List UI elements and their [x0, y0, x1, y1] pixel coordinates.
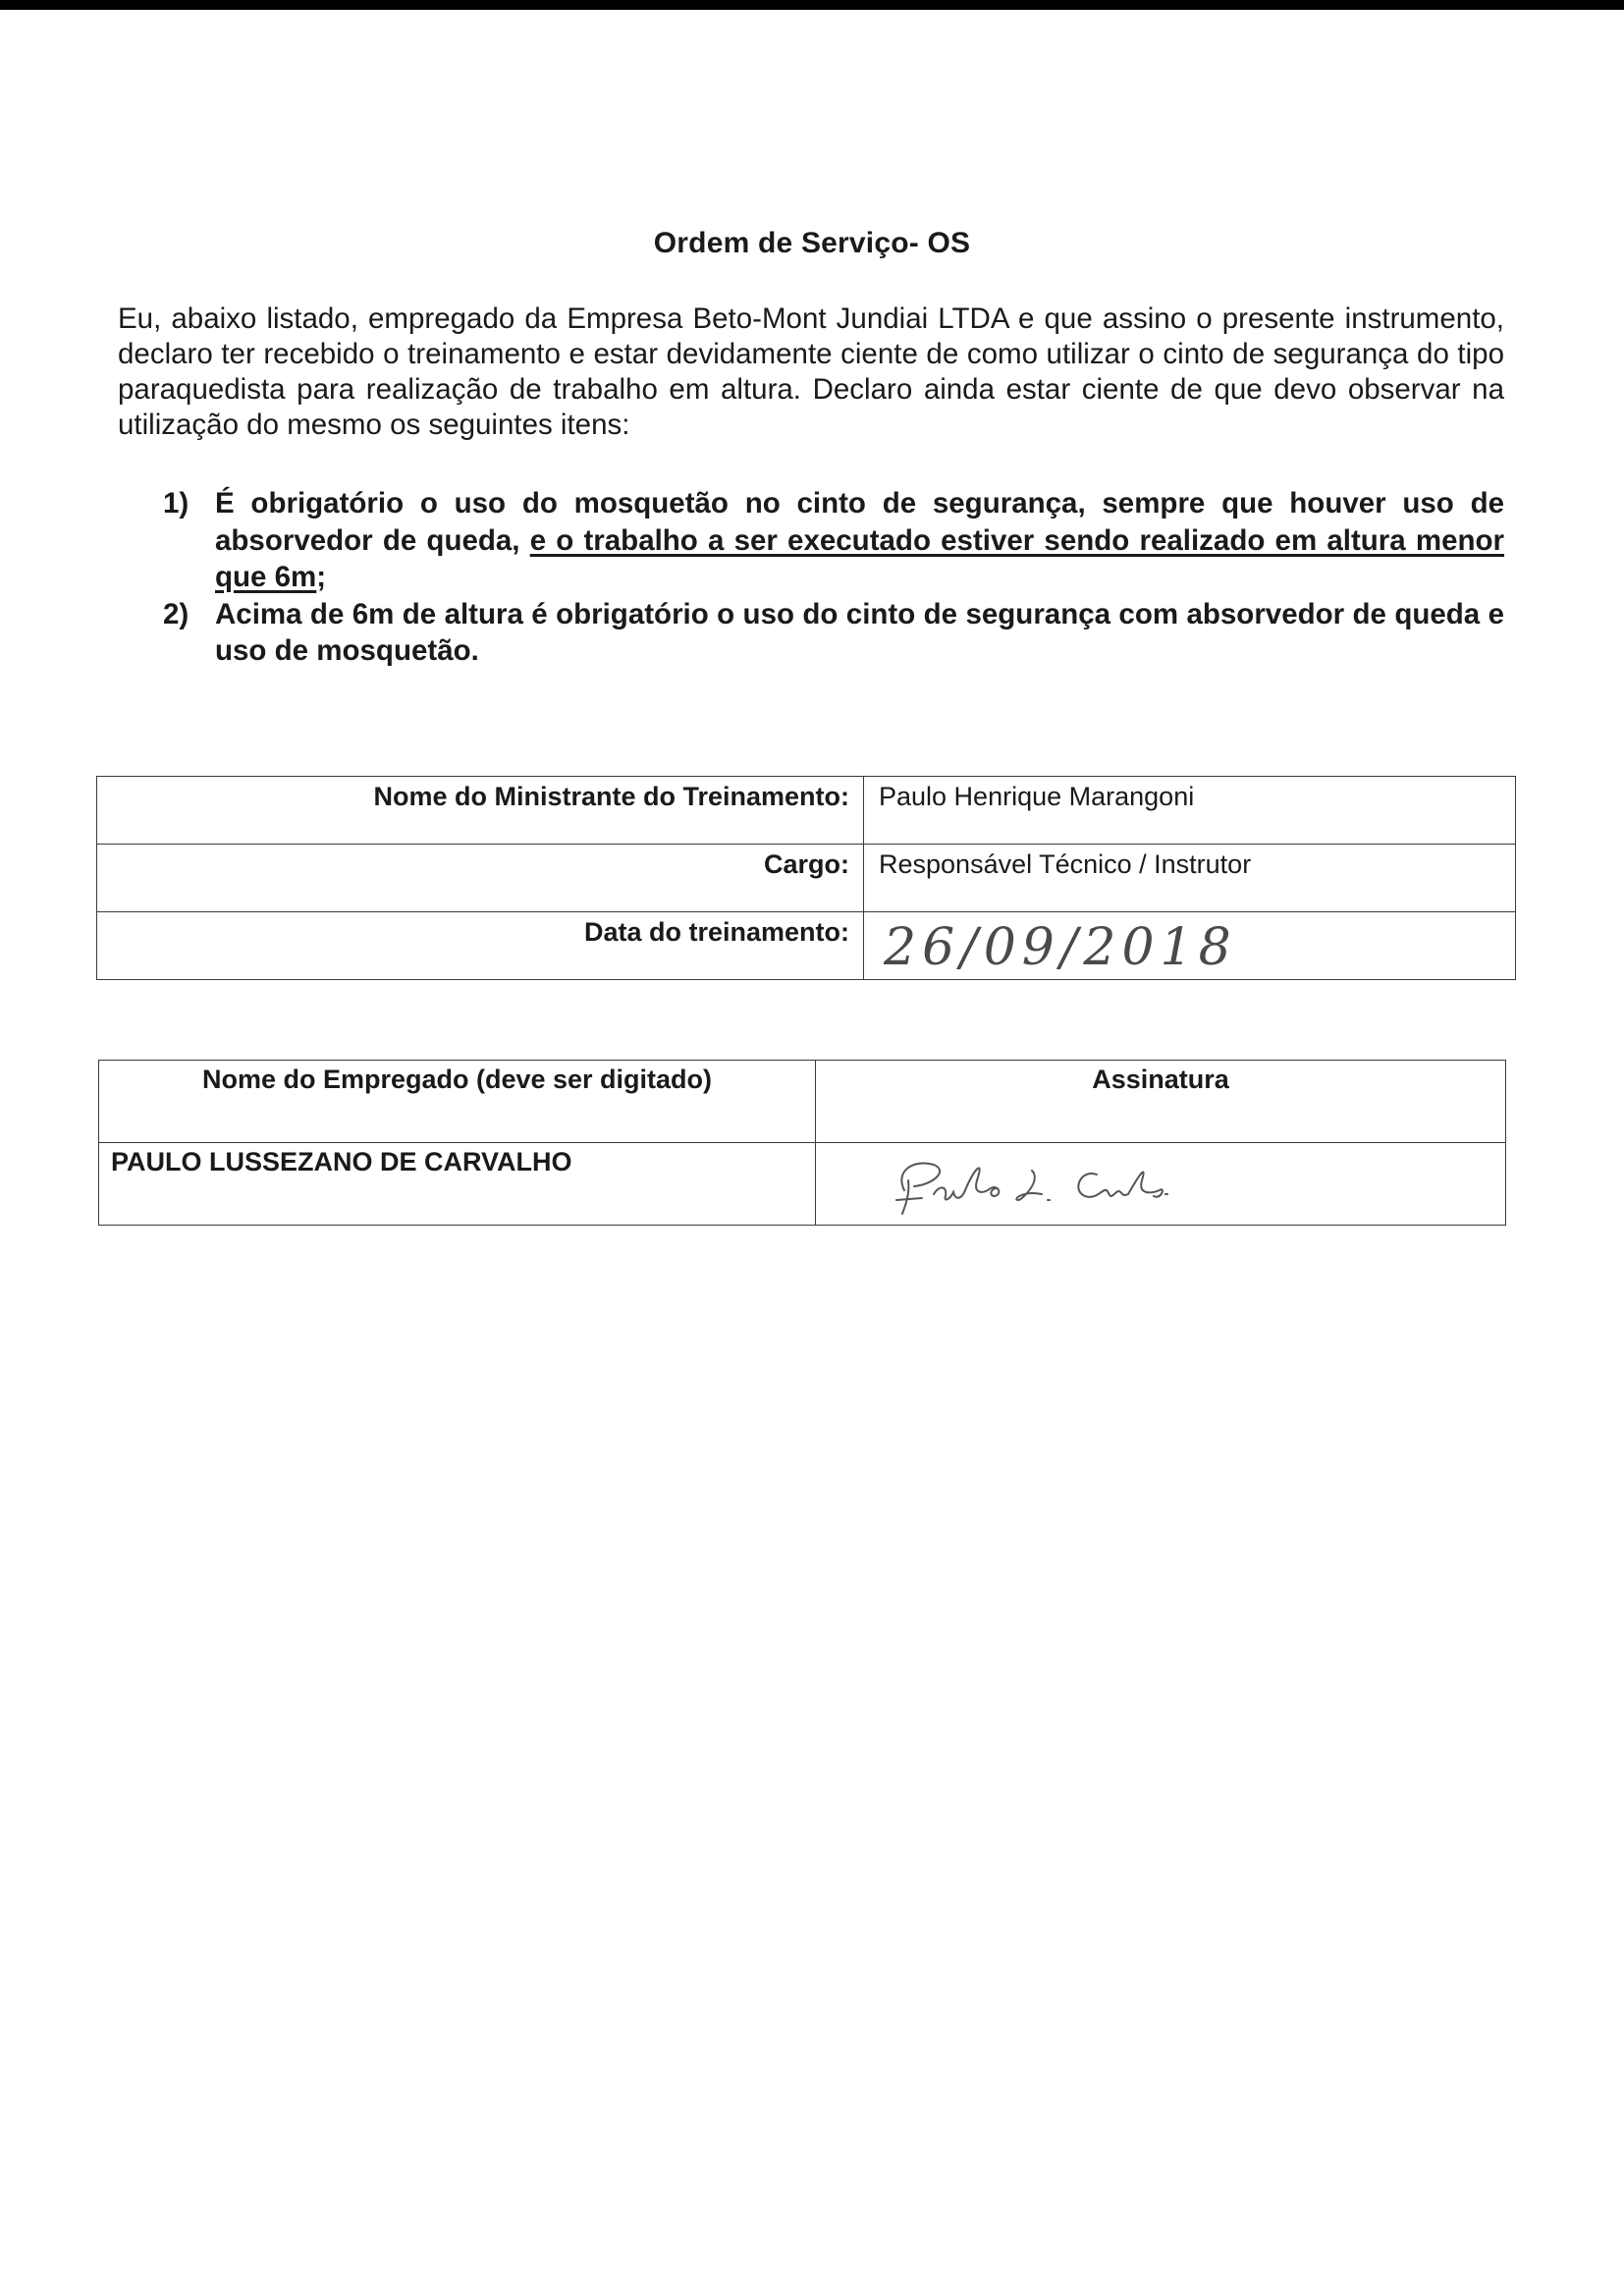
rule-text: Acima de 6m de altura é obrigatório o us…: [215, 598, 1504, 668]
trainer-name-label: Nome do Ministrante do Treinamento:: [97, 777, 864, 845]
rule-item: 1) É obrigatório o uso do mosquetão no c…: [163, 485, 1504, 596]
rule-suffix: ;: [316, 561, 326, 593]
training-date-handwritten: 26/09/2018: [884, 912, 1237, 983]
trainer-name-value: Paulo Henrique Marangoni: [864, 777, 1516, 845]
training-date-label: Data do treinamento:: [97, 912, 864, 980]
role-value: Responsável Técnico / Instrutor: [864, 845, 1516, 912]
signature-header: Assinatura: [816, 1061, 1506, 1143]
training-date-cell: 26/09/2018: [864, 912, 1516, 980]
table-row: Data do treinamento: 26/09/2018: [97, 912, 1516, 980]
table-row: Nome do Ministrante do Treinamento: Paul…: [97, 777, 1516, 845]
table-row: PAULO LUSSEZANO DE CARVALHO: [99, 1143, 1506, 1226]
rules-list: 1) É obrigatório o uso do mosquetão no c…: [163, 485, 1504, 670]
table-row: Cargo: Responsável Técnico / Instrutor: [97, 845, 1516, 912]
scan-top-edge: [0, 0, 1624, 10]
role-label: Cargo:: [97, 845, 864, 912]
employee-name-header: Nome do Empregado (deve ser digitado): [99, 1061, 816, 1143]
signature-cell: [816, 1143, 1506, 1226]
table-header-row: Nome do Empregado (deve ser digitado) As…: [99, 1061, 1506, 1143]
rule-number: 1): [163, 485, 189, 522]
document-title: Ordem de Serviço- OS: [0, 226, 1624, 261]
rule-number: 2): [163, 596, 189, 633]
rule-item: 2) Acima de 6m de altura é obrigatório o…: [163, 596, 1504, 670]
employee-table: Nome do Empregado (deve ser digitado) As…: [98, 1060, 1506, 1226]
training-info-table: Nome do Ministrante do Treinamento: Paul…: [96, 776, 1516, 980]
employee-name: PAULO LUSSEZANO DE CARVALHO: [99, 1143, 816, 1226]
intro-paragraph: Eu, abaixo listado, empregado da Empresa…: [118, 301, 1504, 443]
handwritten-signature-icon: [875, 1151, 1248, 1220]
